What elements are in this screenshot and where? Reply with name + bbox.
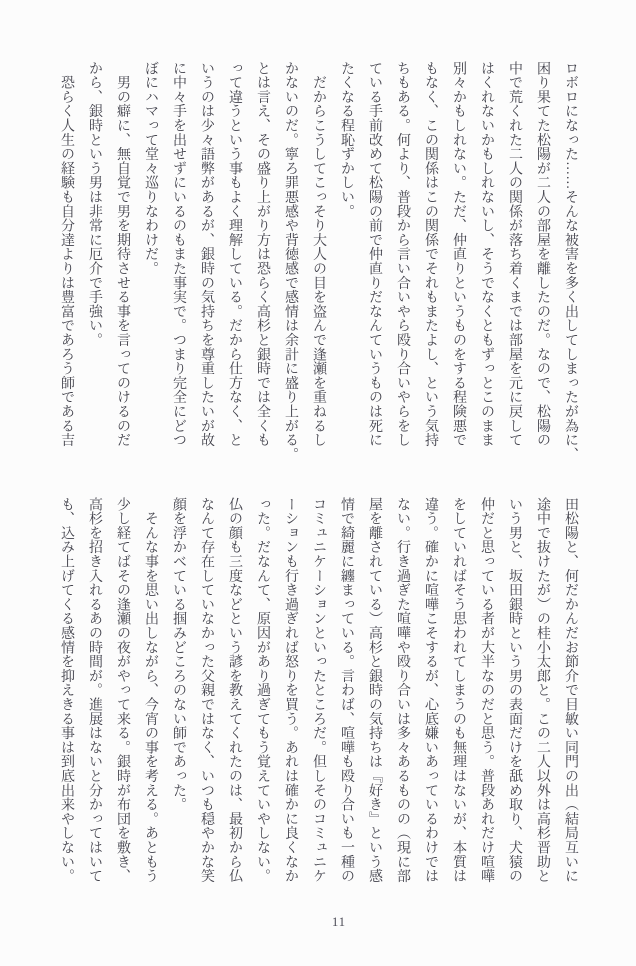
- text-block-bottom: 田松陽と、何だかんだお節介で目敏い同門の出（結局互いに 途中で抜けたが）の桂小太…: [52, 497, 584, 883]
- text-block-top: ロボロになった……そんな被害を多く出してしまったが為に、 困り果てた松陽が二人の…: [52, 61, 584, 461]
- text-line: って違うという事もよく理解している。だから仕方なく、と: [220, 61, 248, 461]
- page-number: 11: [0, 915, 636, 930]
- text-line: 田松陽と、何だかんだお節介で目敏い同門の出（結局互いに: [556, 497, 584, 883]
- text-line: 仲だと思っている者が大半なのだと思う。普段あれだけ喧嘩: [472, 497, 500, 883]
- text-line: いう男と、坂田銀時という男の表面だけを舐め取り、犬猿の: [500, 497, 528, 883]
- text-line: もなく、この関係はこの関係でそれもまたよし、という気持: [416, 61, 444, 461]
- text-line: 情で綺麗に纏まっている。言わば、喧嘩も殴り合いも一種の: [332, 497, 360, 883]
- text-line: たくなる程恥ずかしい。: [332, 61, 360, 461]
- text-line: なんて存在していなかった父親ではなく、いつも穏やかな笑: [192, 497, 220, 883]
- text-line: 男の癖に、無自覚で男を期待させる事を言ってのけるのだ: [108, 61, 136, 461]
- text-line: 違う。確かに喧嘩こそするが、心底嫌いあっているわけでは: [416, 497, 444, 883]
- text-line: ている手前改めて松陽の前で仲直りだなんていうものは死に: [360, 61, 388, 461]
- text-line: かないのだ。寧ろ罪悪感や背徳感で感情は余計に盛り上がる。: [276, 61, 304, 461]
- text-line: 顔を浮かべている掴みどころのない師であった。: [164, 497, 192, 883]
- text-line: 恐らく人生の経験も自分達よりは豊富であろう師である吉: [52, 61, 80, 461]
- text-line: コミュニケーションといったところだ。但しそのコミュニケ: [304, 497, 332, 883]
- text-line: ロボロになった……そんな被害を多く出してしまったが為に、: [556, 61, 584, 461]
- text-line: 別々かもしれない。ただ、仲直りというものをする程険悪で: [444, 61, 472, 461]
- text-line: 困り果てた松陽が二人の部屋を離したのだ。なので、松陽の: [528, 61, 556, 461]
- text-line: いうのは少々語弊があるが、銀時の気持ちを尊重したいが故: [192, 61, 220, 461]
- novel-page: ロボロになった……そんな被害を多く出してしまったが為に、 困り果てた松陽が二人の…: [0, 0, 636, 966]
- text-line: だからこうしてこっそり大人の目を盗んで逢瀬を重ねるし: [304, 61, 332, 461]
- text-line: 中で荒くれた二人の関係が落ち着くまでは部屋を元に戻して: [500, 61, 528, 461]
- text-line: ぼにハマって堂々巡りなわけだ。: [136, 61, 164, 461]
- text-line: はくれないかもしれないし、そうでなくともずっとこのまま: [472, 61, 500, 461]
- text-line: とは言え、その盛り上がり方は恐らく高杉と銀時では全くも: [248, 61, 276, 461]
- text-line: ーションも行き過ぎれば怒りを買う。あれは確かに良くなか: [276, 497, 304, 883]
- text-line: をしていればそう思われてしまうのも無理はないが、本質は: [444, 497, 472, 883]
- text-line: ちもある。何より、普段から言い合いやら殴り合いやらをし: [388, 61, 416, 461]
- text-line: から、銀時という男は非常に厄介で手強い。: [80, 61, 108, 461]
- text-line: に中々手を出せずにいるのもまた事実で。つまり完全にどつ: [164, 61, 192, 461]
- text-line: そんな事を思い出しながら、今宵の事を考える。あともう: [136, 497, 164, 883]
- text-line: った。だなんて、原因があり過ぎてもう覚えていやしない。: [248, 497, 276, 883]
- text-line: 途中で抜けたが）の桂小太郎と。この二人以外は高杉晋助と: [528, 497, 556, 883]
- text-line: 高杉を招き入れるあの時間が。進展はないと分かってはいて: [80, 497, 108, 883]
- text-line: 少し経てばその逢瀬の夜がやって来る。銀時が布団を敷き、: [108, 497, 136, 883]
- text-line: 仏の顔も三度などという諺を教えてくれたのは、最初から仏: [220, 497, 248, 883]
- text-line: ない。行き過ぎた喧嘩や殴り合いは多々あるものの（現に部: [388, 497, 416, 883]
- text-line: 屋を離されている）高杉と銀時の気持ちは『好き』という感: [360, 497, 388, 883]
- text-line: も、込み上げてくる感情を抑えきる事は到底出来やしない。: [52, 497, 80, 883]
